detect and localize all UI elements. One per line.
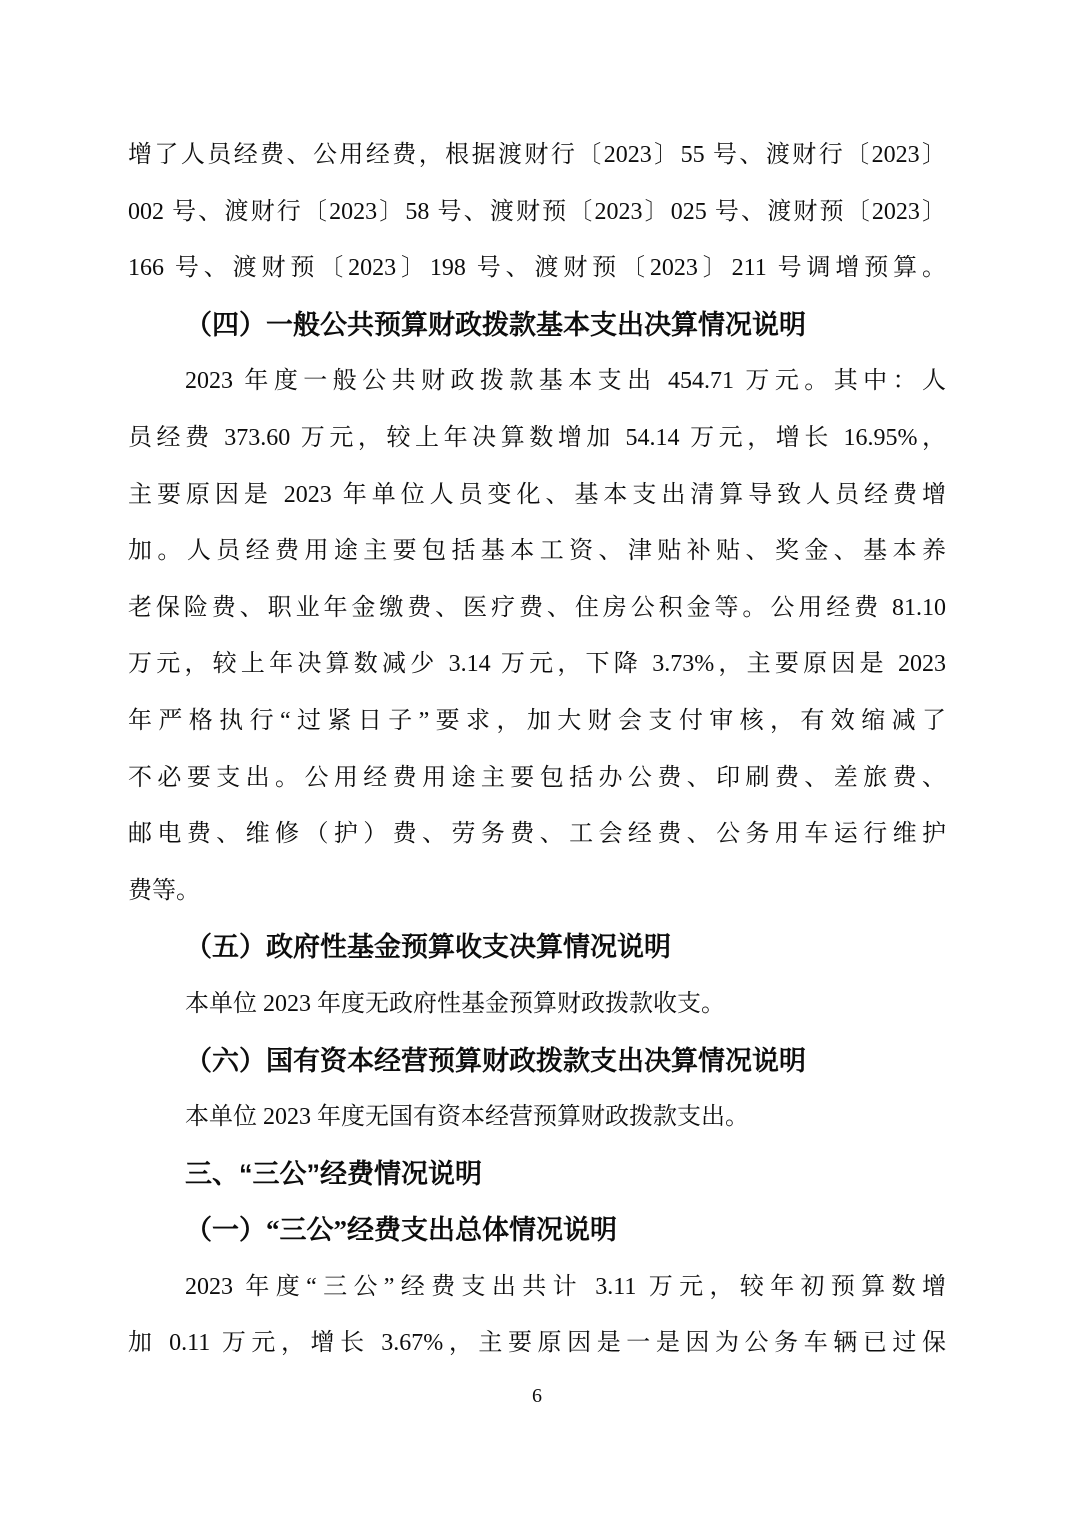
para-line: 邮电费、维修（护）费、劳务费、工会经费、公务用车运行维护: [128, 806, 946, 863]
para-line: 老保险费、职业年金缴费、医疗费、住房公积金等。公用经费 81.10: [128, 580, 946, 637]
para-line: 主要原因是 2023 年单位人员变化、基本支出清算导致人员经费增: [128, 467, 946, 524]
subsection-heading-one: （一）“三公”经费支出总体情况说明: [128, 1202, 946, 1259]
para-line: 加。人员经费用途主要包括基本工资、津贴补贴、奖金、基本养: [128, 523, 946, 580]
para-line: 166 号、渡财预〔2023〕198 号、渡财预〔2023〕211 号调增预算。: [128, 240, 946, 297]
document-page: 增了人员经费、公用经费，根据渡财行〔2023〕55 号、渡财行〔2023〕 00…: [0, 0, 1074, 1520]
para-line: 2023 年度“三公”经费支出共计 3.11 万元，较年初预算数增: [128, 1259, 946, 1316]
para-line: 不必要支出。公用经费用途主要包括办公费、印刷费、差旅费、: [128, 750, 946, 807]
para-line: 年严格执行“过紧日子”要求，加大财会支付审核，有效缩减了: [128, 693, 946, 750]
para-line: 2023 年度一般公共财政拨款基本支出 454.71 万元。其中：人: [128, 353, 946, 410]
section-heading-three: 三、“三公”经费情况说明: [128, 1146, 946, 1203]
para-line: 费等。: [128, 863, 946, 920]
para-line: 增了人员经费、公用经费，根据渡财行〔2023〕55 号、渡财行〔2023〕: [128, 127, 946, 184]
para-line: 加 0.11 万元，增长 3.67%，主要原因是一是因为公务车辆已过保: [128, 1315, 946, 1372]
para-line: 万元，较上年决算数减少 3.14 万元，下降 3.73%，主要原因是 2023: [128, 636, 946, 693]
section-heading-five: （五）政府性基金预算收支决算情况说明: [128, 919, 946, 976]
para-line: 本单位 2023 年度无政府性基金预算财政拨款收支。: [128, 976, 946, 1033]
page-number: 6: [0, 1381, 1074, 1411]
para-line: 员经费 373.60 万元，较上年决算数增加 54.14 万元，增长 16.95…: [128, 410, 946, 467]
para-line: 本单位 2023 年度无国有资本经营预算财政拨款支出。: [128, 1089, 946, 1146]
section-heading-six: （六）国有资本经营预算财政拨款支出决算情况说明: [128, 1033, 946, 1090]
para-line: 002 号、渡财行〔2023〕58 号、渡财预〔2023〕025 号、渡财预〔2…: [128, 184, 946, 241]
text-content: 增了人员经费、公用经费，根据渡财行〔2023〕55 号、渡财行〔2023〕 00…: [128, 127, 946, 1372]
section-heading-four: （四）一般公共预算财政拨款基本支出决算情况说明: [128, 297, 946, 354]
